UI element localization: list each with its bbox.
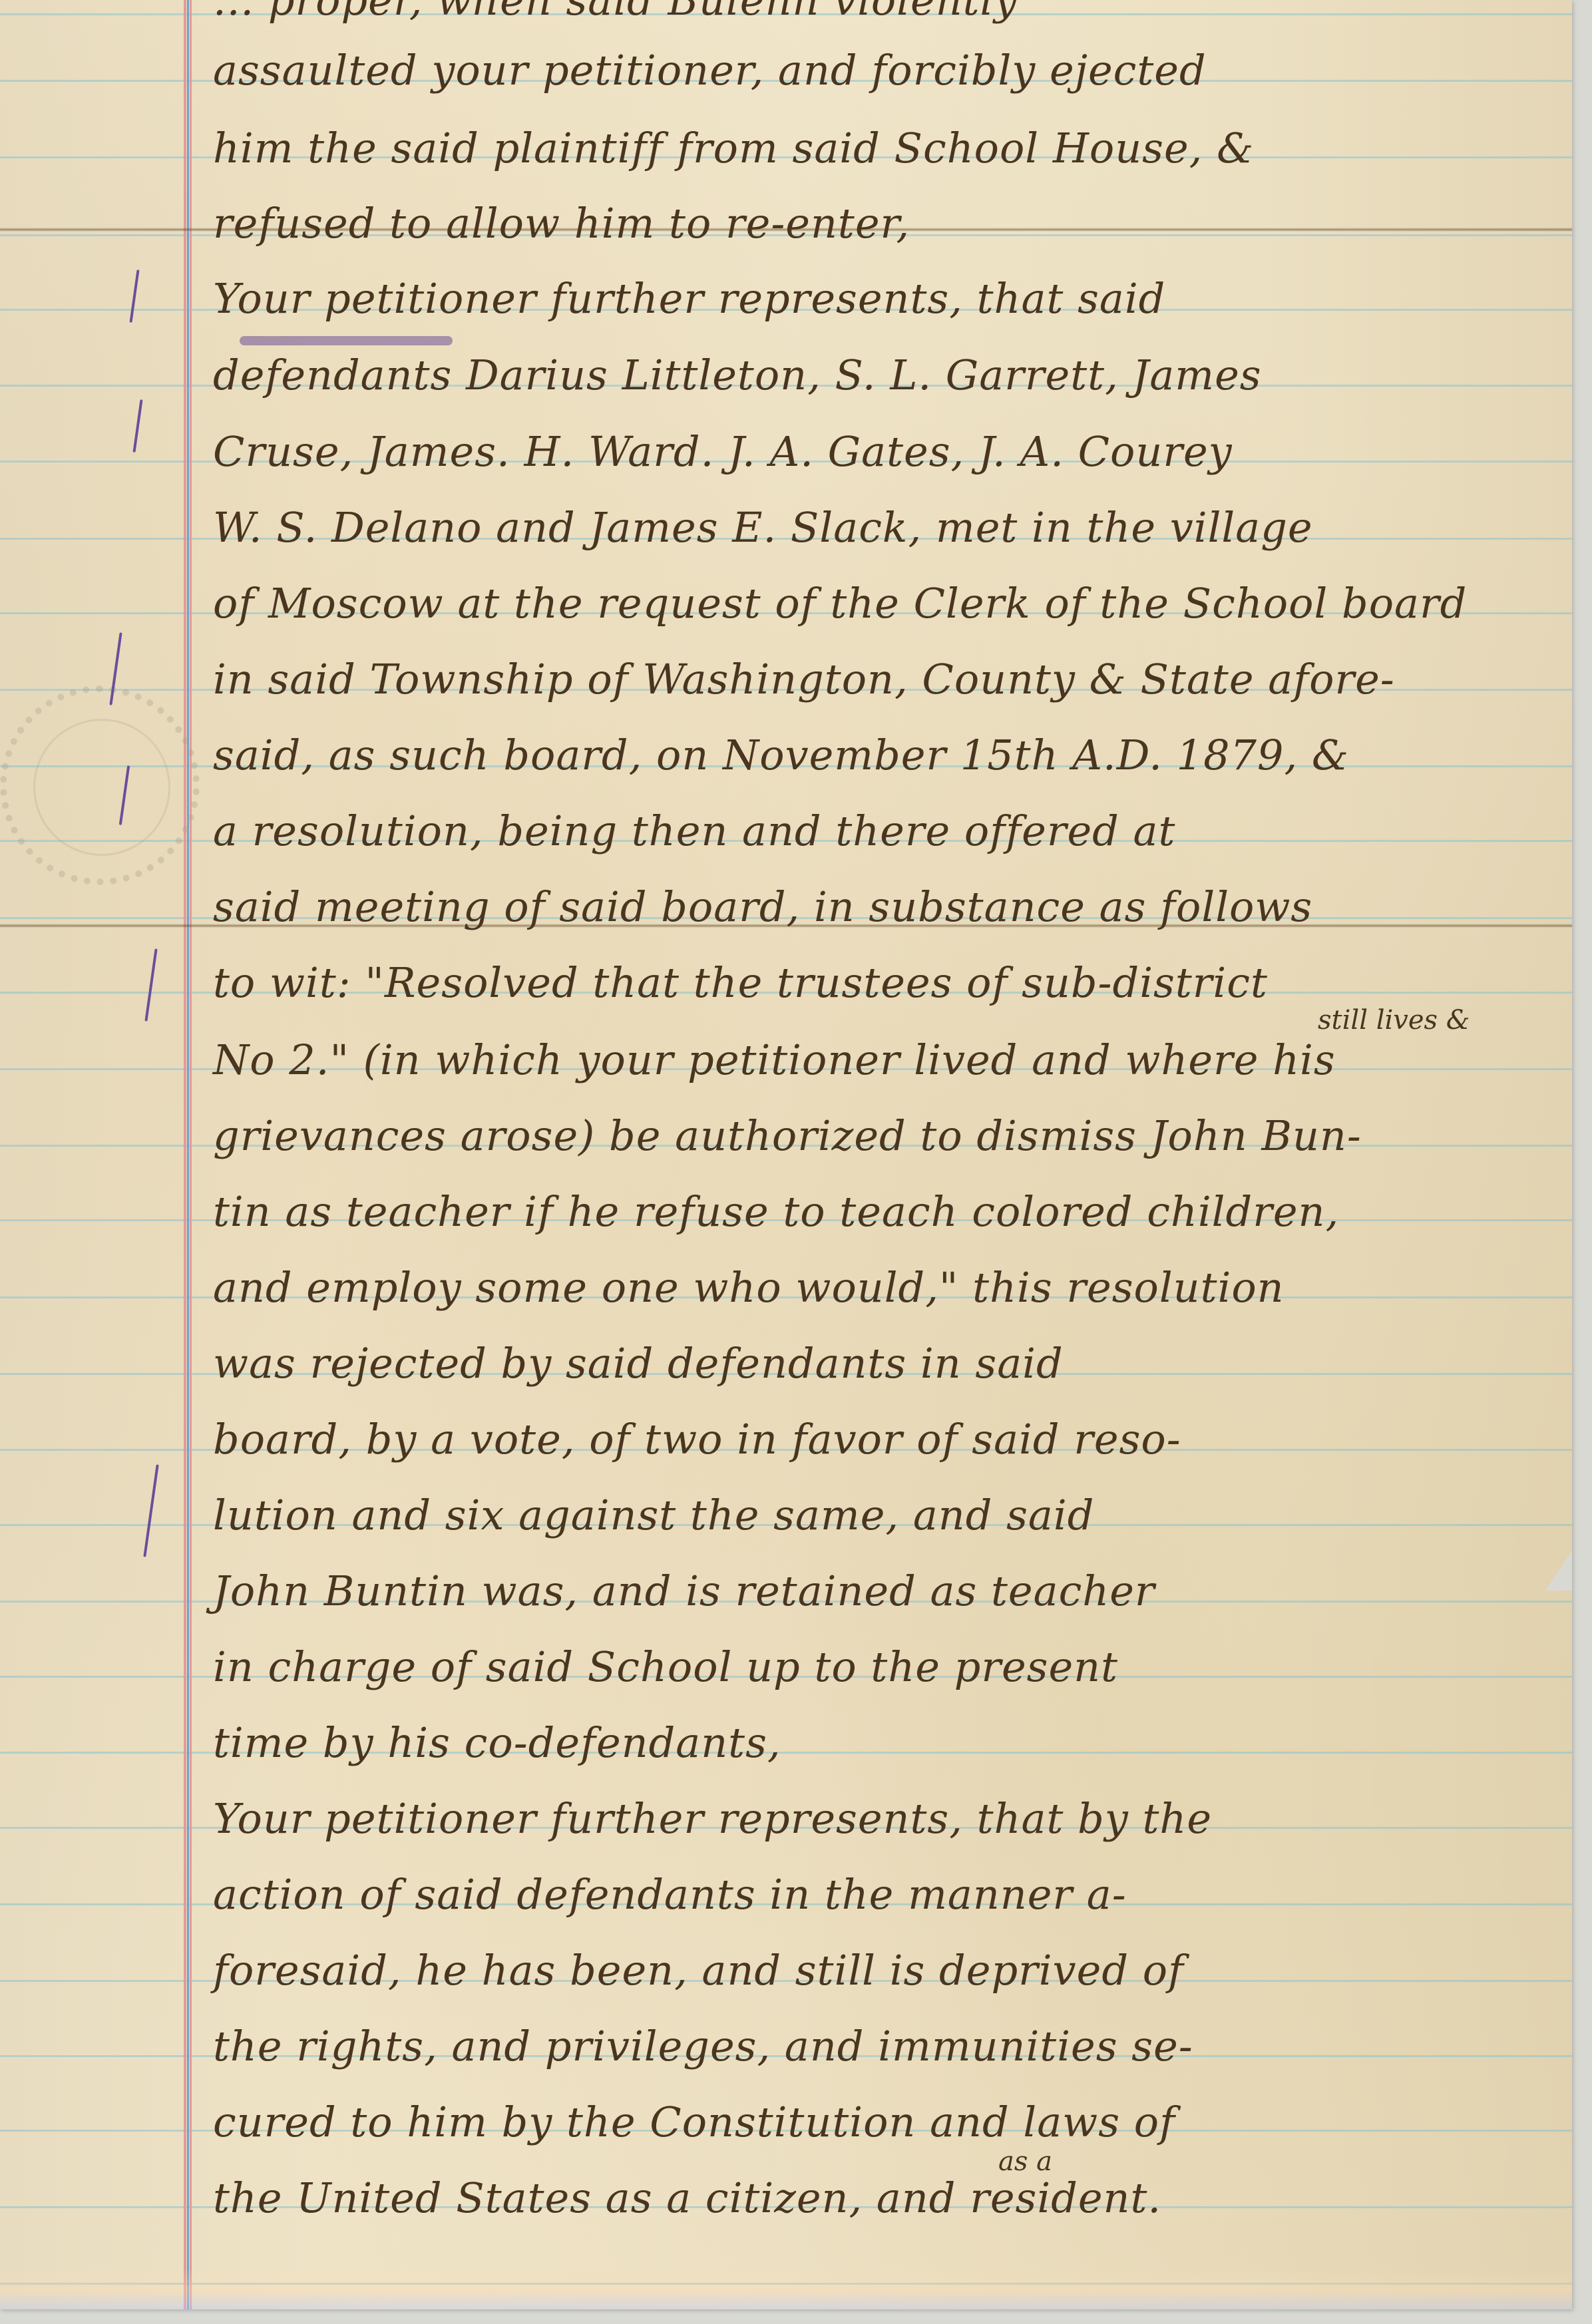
- embossed-seal: [0, 685, 200, 885]
- text-line: ... proper, when said Bulenn violently: [213, 0, 1564, 21]
- text-line: refused to allow him to re-enter,: [213, 203, 1564, 244]
- text-line: W. S. Delano and James E. Slack, met in …: [213, 507, 1564, 548]
- text-line: was rejected by said defendants in said: [213, 1343, 1564, 1384]
- text-line: said, as such board, on November 15th A.…: [213, 735, 1564, 776]
- scan-glare: [0, 2269, 1572, 2309]
- text-line: Your petitioner further represents, that…: [213, 1798, 1564, 1840]
- text-line: Cruse, James. H. Ward. J. A. Gates, J. A…: [213, 431, 1564, 473]
- text-line: in said Township of Washington, County &…: [213, 659, 1564, 700]
- margin-bracket-mark: [132, 399, 142, 453]
- text-line: defendants Darius Littleton, S. L. Garre…: [213, 355, 1564, 396]
- margin-bracket-mark: [144, 948, 157, 1021]
- text-line: lution and six against the same, and sai…: [213, 1495, 1564, 1536]
- margin-line: [184, 0, 186, 2309]
- text-line: said meeting of said board, in substance…: [213, 886, 1564, 928]
- text-line: tin as teacher if he refuse to teach col…: [213, 1191, 1564, 1233]
- text-line: the United States as a citizen, and resi…: [213, 2178, 1564, 2219]
- text-line: the rights, and privileges, and immuniti…: [213, 2026, 1564, 2067]
- text-line: him the said plaintiff from said School …: [213, 128, 1564, 169]
- text-line: in charge of said School up to the prese…: [213, 1646, 1564, 1688]
- interlinear-insertion: still lives &: [1318, 1005, 1470, 1036]
- text-line: and employ some one who would," this res…: [213, 1267, 1564, 1308]
- document-page: ... proper, when said Bulenn violently a…: [0, 0, 1572, 2309]
- text-line: No 2." (in which your petitioner lived a…: [213, 1040, 1564, 1081]
- text-line: Your petitioner further represents, that…: [213, 278, 1564, 319]
- text-line: cured to him by the Constitution and law…: [213, 2102, 1564, 2143]
- margin-bracket-mark: [143, 1464, 158, 1557]
- text-line: a resolution, being then and there offer…: [213, 811, 1564, 852]
- text-line: of Moscow at the request of the Clerk of…: [213, 583, 1564, 624]
- margin-line: [187, 0, 189, 2309]
- margin-bracket-mark: [129, 270, 139, 323]
- text-line: board, by a vote, of two in favor of sai…: [213, 1419, 1564, 1460]
- text-line: assaulted your petitioner, and forcibly …: [213, 50, 1564, 91]
- text-line: John Buntin was, and is retained as teac…: [213, 1571, 1564, 1612]
- text-line: foresaid, he has been, and still is depr…: [213, 1950, 1564, 1991]
- text-line: time by his co-defendants,: [213, 1722, 1564, 1764]
- text-line: grievances arose) be authorized to dismi…: [213, 1115, 1564, 1157]
- purple-underline: [240, 336, 453, 345]
- text-line: action of said defendants in the manner …: [213, 1874, 1564, 1915]
- interlinear-insertion: as a: [998, 2146, 1052, 2177]
- text-line: to wit: "Resolved that the trustees of s…: [213, 962, 1564, 1004]
- margin-line: [190, 0, 192, 2309]
